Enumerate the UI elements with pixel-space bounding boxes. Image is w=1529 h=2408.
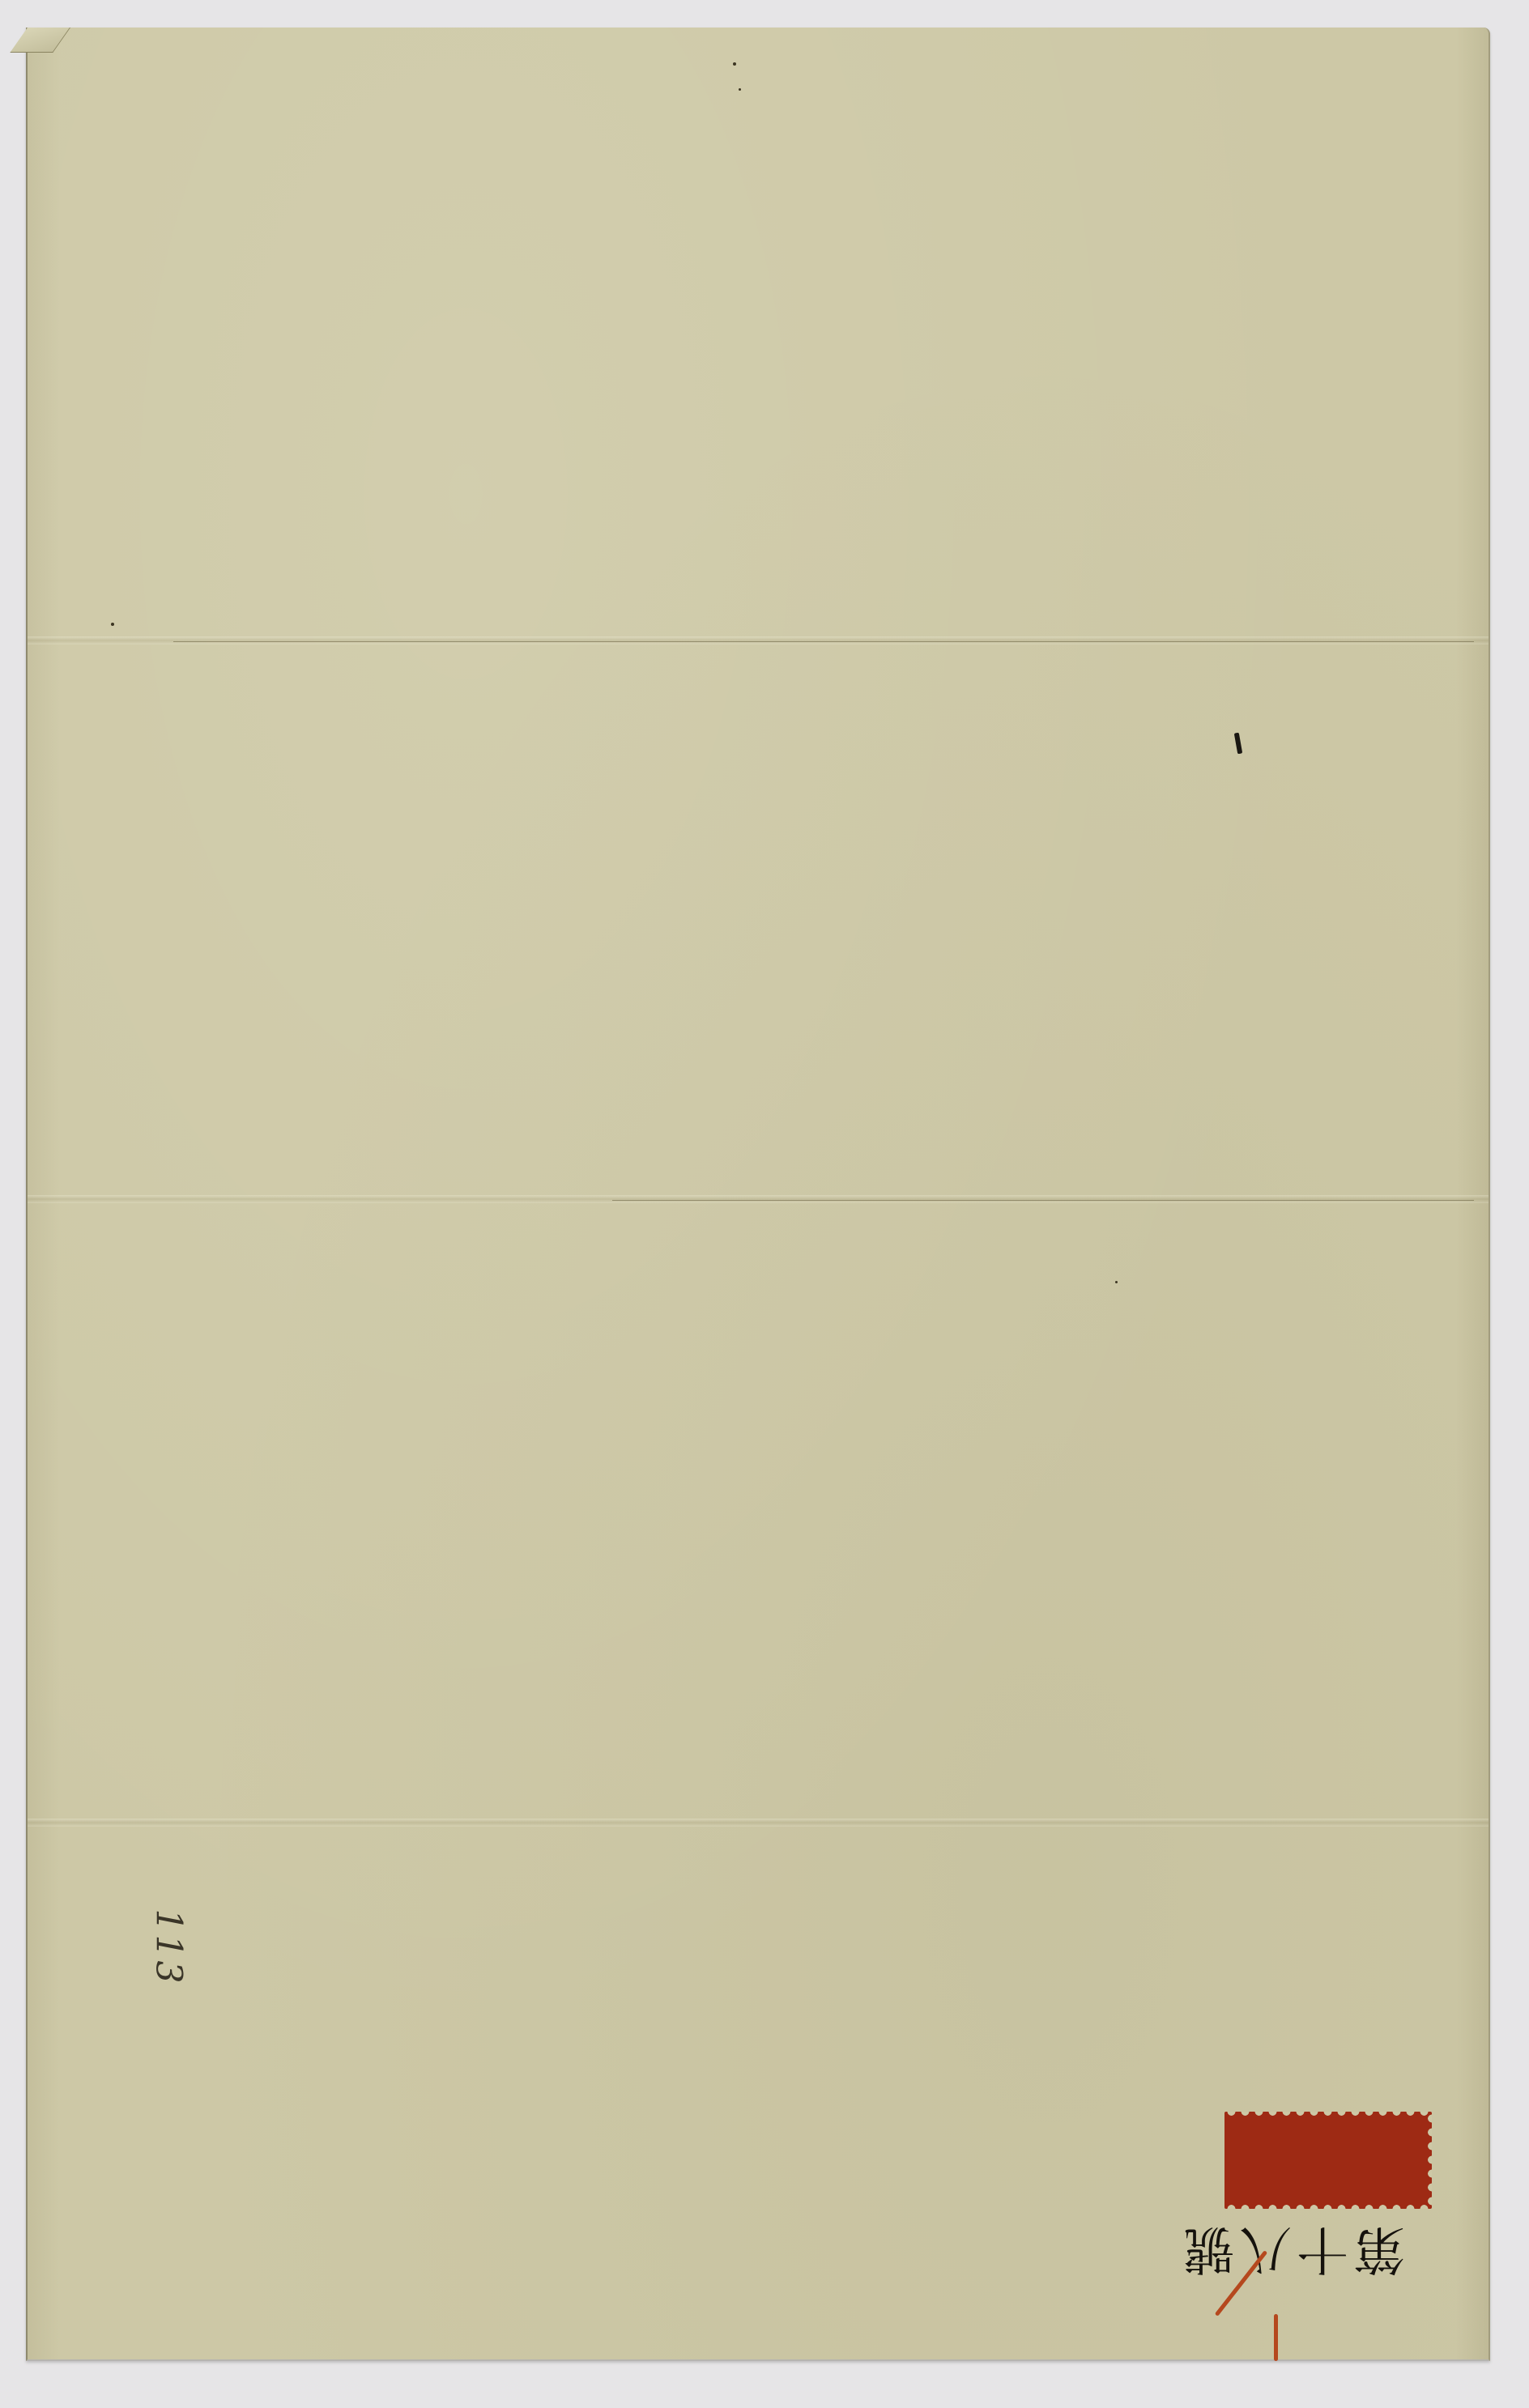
handwritten-inscription: 第十八號 — [1130, 2223, 1454, 2274]
fold-line-2 — [28, 1195, 1489, 1203]
red-seal — [1224, 2112, 1432, 2209]
ink-speck — [111, 623, 114, 626]
fold-line-3 — [28, 1819, 1489, 1827]
document-sheet — [26, 28, 1490, 2361]
fold-line-1 — [28, 636, 1489, 645]
ink-speck — [733, 62, 736, 66]
red-correction-stroke — [1274, 2314, 1278, 2361]
folio-number: 113 — [147, 1909, 189, 1987]
ink-speck — [1115, 1281, 1118, 1283]
folded-corner — [10, 28, 70, 53]
ink-speck — [739, 88, 741, 91]
